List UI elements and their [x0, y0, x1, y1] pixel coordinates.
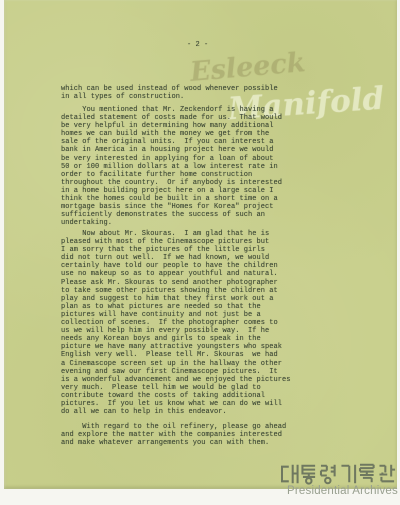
- scanned-letter-page: Esleeck Manifold - 2 - which can be used…: [4, 0, 397, 489]
- paragraph-construction: which can be used instead of wood whenev…: [61, 85, 278, 101]
- paragraph-oil-refinery: With regard to the oil refinery, please …: [61, 423, 286, 447]
- text-line: undertaking.: [61, 219, 282, 227]
- text-line: us we will help him in every possible wa…: [61, 327, 291, 335]
- text-line: is a wonderful advancement and we enjoye…: [61, 376, 291, 384]
- paper-watermark-esleeck: Esleeck: [189, 47, 307, 88]
- text-line: throughout the country. Or if anybody is…: [61, 179, 282, 187]
- text-line: Please ask Mr. Skouras to send another p…: [61, 279, 291, 287]
- text-line: and explore the matter with the companie…: [61, 431, 286, 439]
- paragraph-skouras-cinemascope: Now about Mr. Skouras. I am glad that he…: [61, 230, 291, 416]
- text-line: bank in America in a housing project her…: [61, 146, 282, 154]
- text-line: English very well. Please tell Mr. Skour…: [61, 351, 291, 359]
- text-line: plan as to what pictures are needed so t…: [61, 303, 291, 311]
- text-line: pleased with most of the Cinemascope pic…: [61, 238, 291, 246]
- page-number: - 2 -: [187, 41, 208, 49]
- text-line: do all we can to help in this endeavor.: [61, 408, 291, 416]
- text-line: pictures. If you let us know what we can…: [61, 400, 291, 408]
- text-line: and make whatever arrangements you can w…: [61, 439, 286, 447]
- text-line: mortgage basis since the "Homes for Kore…: [61, 203, 282, 211]
- text-line: a Cinemascope screen set up in the hallw…: [61, 360, 291, 368]
- text-line: which can be used instead of wood whenev…: [61, 85, 278, 93]
- text-line: evening and saw our first Cinemascope pi…: [61, 368, 291, 376]
- text-line: collection of scenes. If the photographe…: [61, 319, 291, 327]
- text-line: think the homes could be built in a shor…: [61, 195, 282, 203]
- text-line: order to facilitate further home constru…: [61, 171, 282, 179]
- text-line: contribute toward the costs of taking ad…: [61, 392, 291, 400]
- text-line: With regard to the oil refinery, please …: [61, 423, 286, 431]
- archive-watermark-korean: [281, 463, 398, 485]
- text-line: 50 or 100 million dollars at a low inter…: [61, 163, 282, 171]
- archive-watermark-english: Presidential Archives: [287, 485, 398, 497]
- text-line: to take some other pictures showing the …: [61, 287, 291, 295]
- text-line: You mentioned that Mr. Zeckendorf is hav…: [61, 106, 282, 114]
- text-line: Now about Mr. Skouras. I am glad that he…: [61, 230, 291, 238]
- text-line: pictures will have continuity and not ju…: [61, 311, 291, 319]
- text-line: in all types of construction.: [61, 93, 278, 101]
- text-line: use no makeup so as to appear youthful a…: [61, 270, 291, 278]
- paragraph-zeckendorf-housing: You mentioned that Mr. Zeckendorf is hav…: [61, 106, 282, 227]
- text-line: very much. Please tell him we would be g…: [61, 384, 291, 392]
- text-line: in a home building project here on a lar…: [61, 187, 282, 195]
- text-line: detailed statement of costs made for us.…: [61, 114, 282, 122]
- text-line: be very interested in applying for a loa…: [61, 155, 282, 163]
- text-line: play and suggest to him that they first …: [61, 295, 291, 303]
